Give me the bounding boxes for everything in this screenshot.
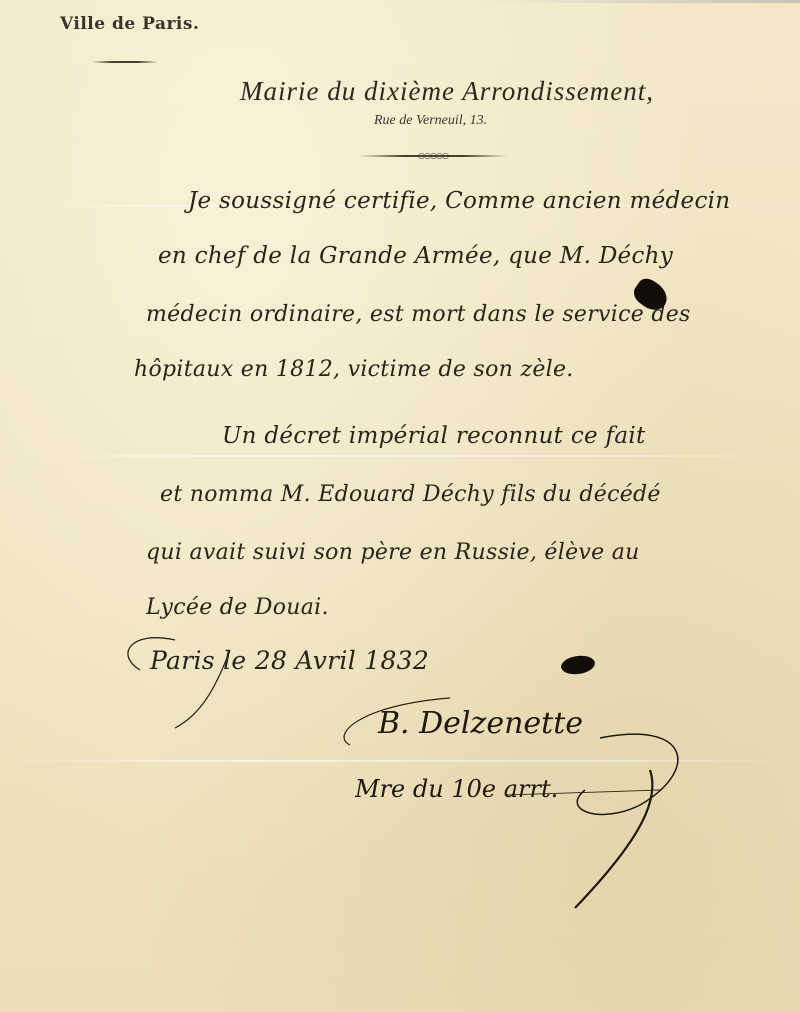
document-page: Ville de Paris. Mairie du dixième Arrond…: [0, 0, 800, 1012]
signature-name: B. Delzenette: [378, 706, 583, 741]
signature-flourish-icon: [0, 0, 800, 1012]
signature-title: Mre du 10e arrt.: [355, 775, 558, 803]
